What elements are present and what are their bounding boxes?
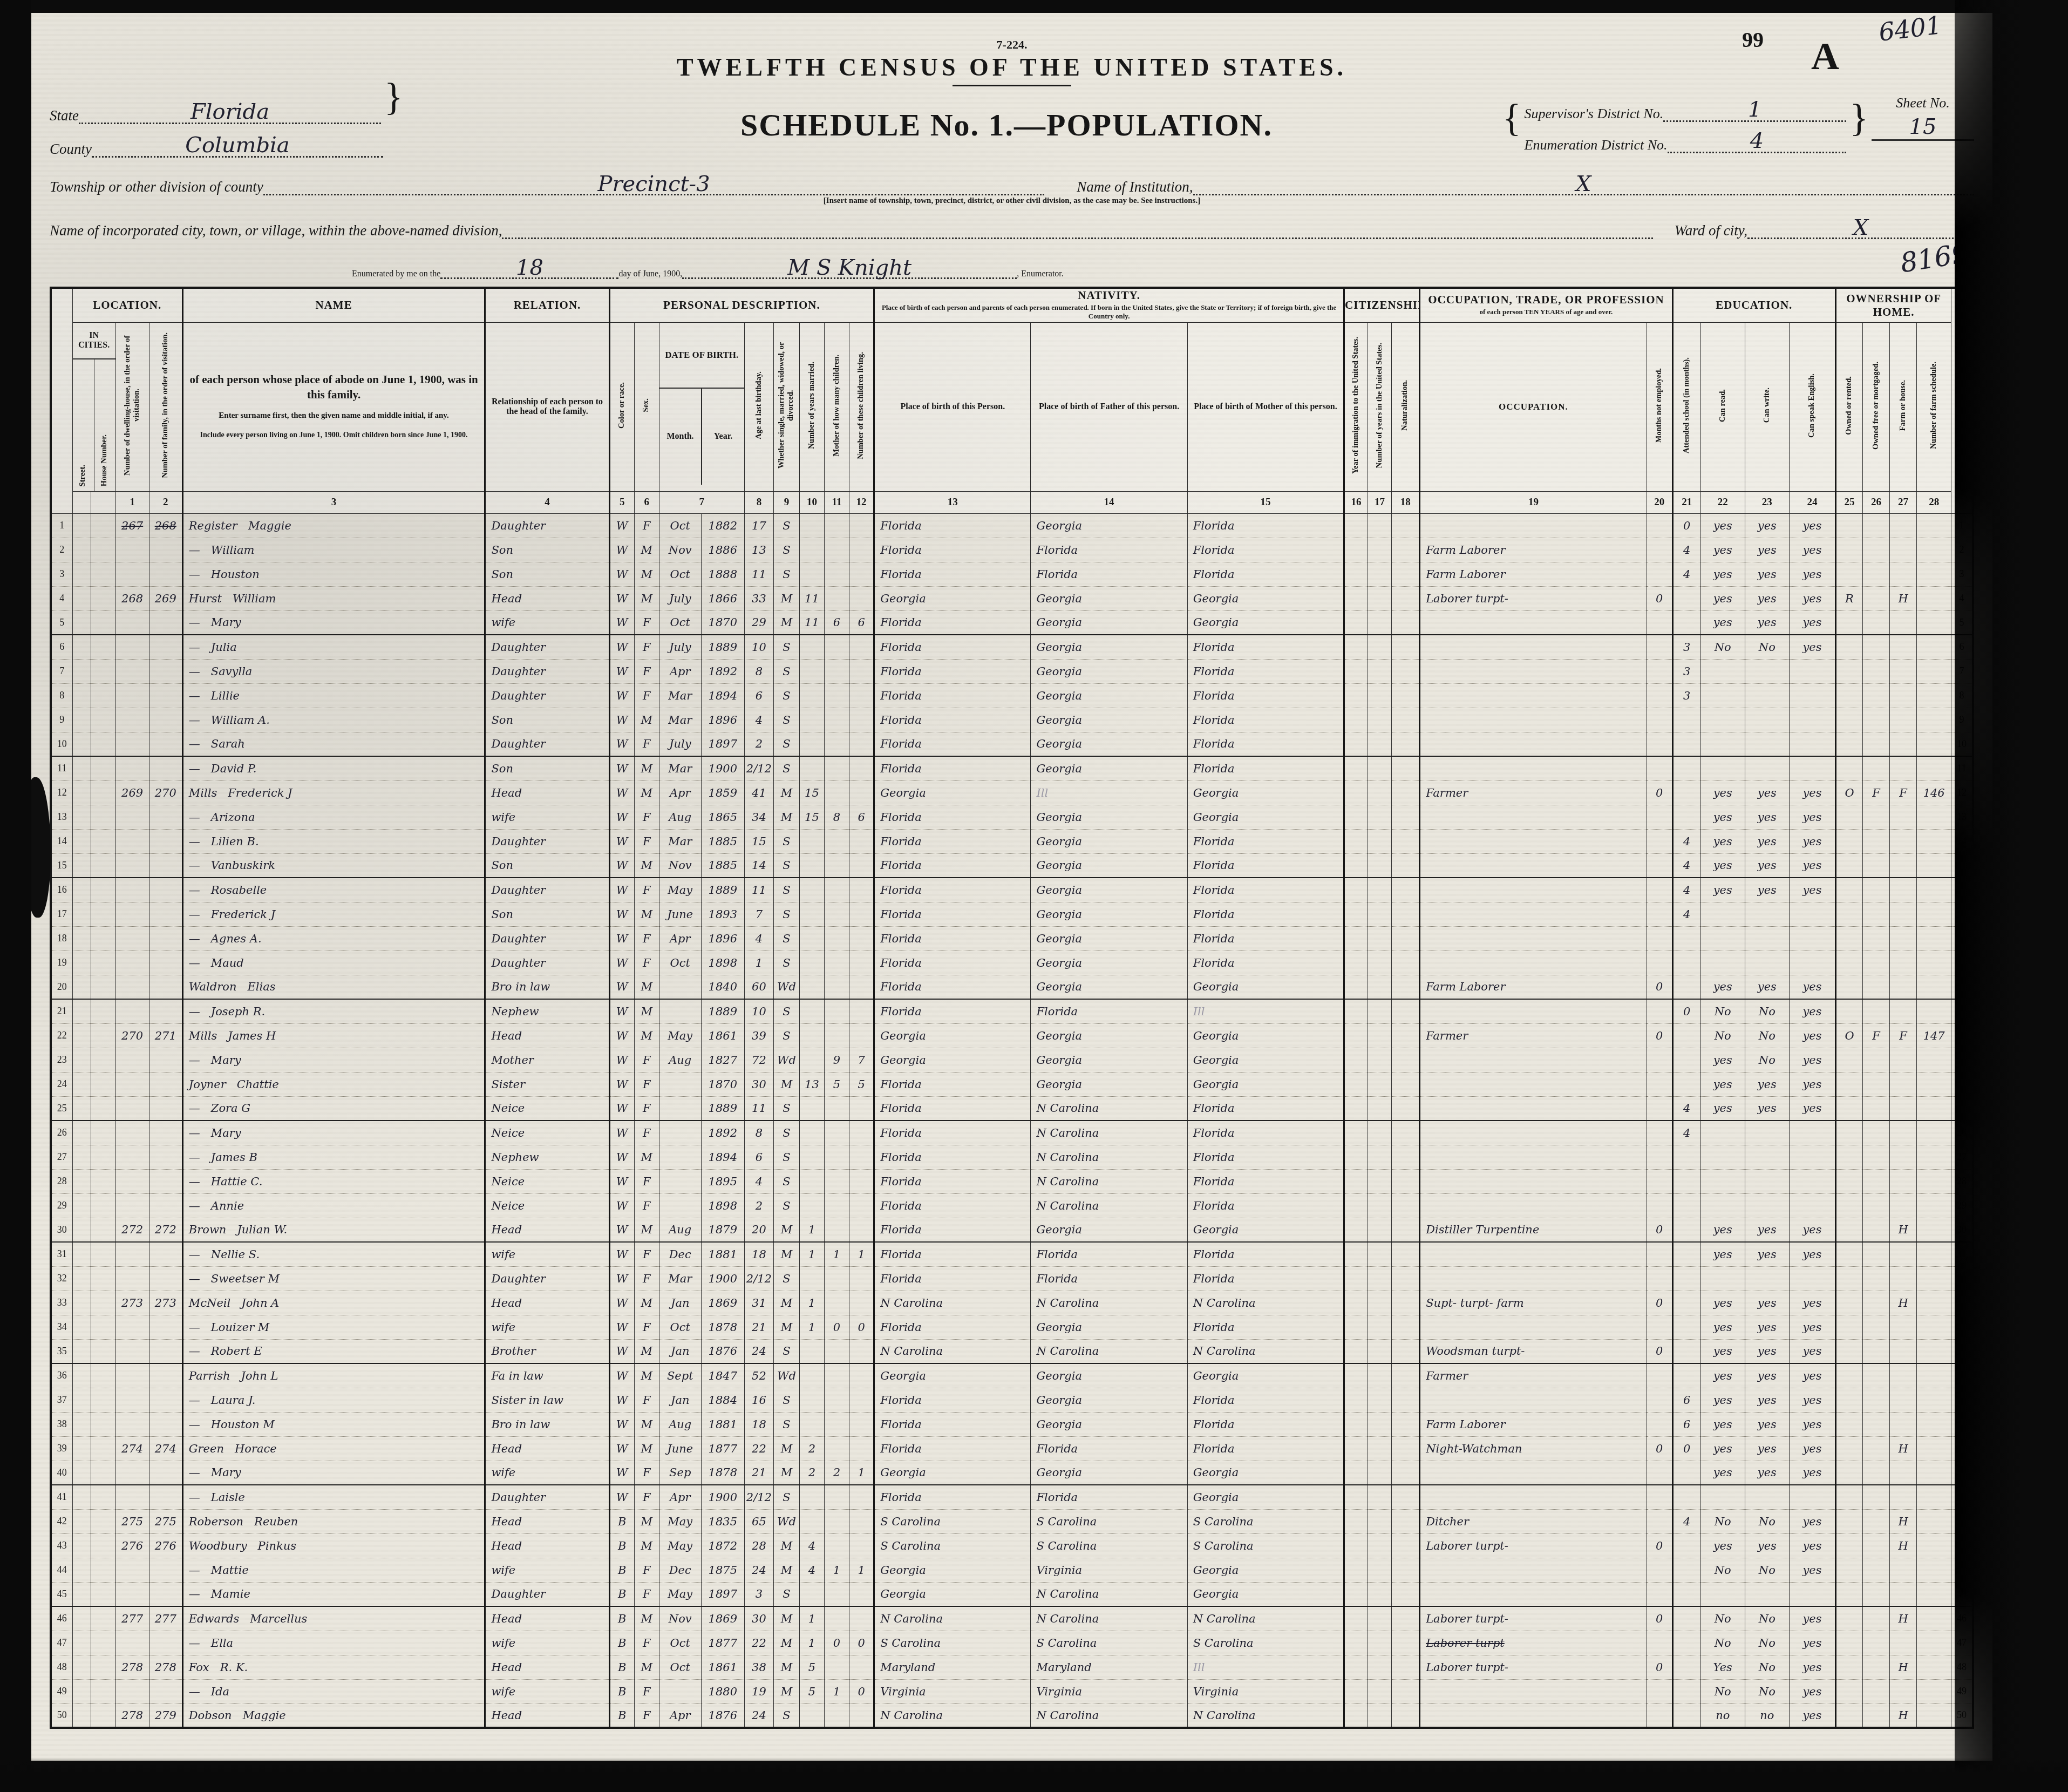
cell-sex: F [634, 1679, 659, 1703]
row-number-left: 32 [51, 1266, 72, 1291]
cell-birth-month: Jan [659, 1388, 701, 1412]
cell-mother-of-children [825, 1436, 849, 1461]
cell-mother-of-children [825, 513, 849, 538]
cell-family-number: 276 [149, 1533, 182, 1558]
county-field: Columbia [92, 137, 383, 158]
row-number-left: 22 [51, 1023, 72, 1048]
cell-years-married: 11 [799, 586, 824, 610]
cell-months-not-employed: 0 [1647, 1655, 1672, 1679]
cell-occupation [1420, 1388, 1647, 1412]
table-row: 42275275Roberson ReubenHeadBMMay183565Wd… [51, 1509, 1973, 1533]
cell-birthplace-father: Georgia [1031, 1072, 1187, 1096]
cell-birth-month [659, 1679, 701, 1703]
cell-years-married [799, 1582, 824, 1606]
cell-attended-school: 3 [1672, 635, 1700, 659]
cell-name: — Sweetser M [182, 1266, 485, 1291]
cell-can-write [1745, 1121, 1789, 1145]
cell-can-write [1745, 1145, 1789, 1169]
cell-family-number: 273 [149, 1291, 182, 1315]
row-number-left: 7 [51, 659, 72, 683]
cell-street [72, 1266, 91, 1291]
cell-months-not-employed [1647, 853, 1672, 878]
cell-marital-status: M [773, 1218, 799, 1242]
cell-occupation [1420, 1461, 1647, 1485]
cell-birth-month: Aug [659, 805, 701, 829]
cell-children-living [849, 659, 874, 683]
cell-attended-school [1672, 1048, 1700, 1072]
cell-children-living [849, 1023, 874, 1048]
cell-birth-year: 1889 [701, 1096, 744, 1121]
cell-sex: M [634, 902, 659, 926]
cell-owned-or-rented: R [1835, 586, 1862, 610]
cell-years-in-us [1368, 780, 1392, 805]
cell-birthplace-mother: Florida [1187, 1121, 1344, 1145]
cell-can-write [1745, 902, 1789, 926]
cell-months-not-employed [1647, 1096, 1672, 1121]
cell-birthplace-father: Georgia [1031, 1048, 1187, 1072]
cell-owned-or-rented [1835, 610, 1862, 635]
enumeration-field: 4 [1668, 132, 1847, 153]
cell-farm-or-house [1890, 659, 1917, 683]
cell-birth-month: Nov [659, 538, 701, 562]
cell-farm-or-house [1890, 1315, 1917, 1339]
cell-marital-status: S [773, 829, 799, 853]
cell-occupation [1420, 1169, 1647, 1193]
cell-birthplace-mother: N Carolina [1187, 1339, 1344, 1363]
cell-birthplace-father: N Carolina [1031, 1169, 1187, 1193]
table-row: 15— VanbuskirkSonWMNov188514SFloridaGeor… [51, 853, 1973, 878]
cell-months-not-employed: 0 [1647, 1606, 1672, 1631]
cell-years-in-us [1368, 1096, 1392, 1121]
cell-years-in-us [1368, 1412, 1392, 1436]
cell-attended-school [1672, 780, 1700, 805]
cell-farm-schedule-number [1917, 1582, 1951, 1606]
cell-birth-year: 1878 [701, 1315, 744, 1339]
cell-birth-month: Mar [659, 1266, 701, 1291]
cell-mother-of-children [825, 1582, 849, 1606]
scan-edge-left [0, 0, 31, 1792]
cell-can-write: No [1745, 1606, 1789, 1631]
table-row: 12269270Mills Frederick JHeadWMApr185941… [51, 780, 1973, 805]
cell-marital-status: M [773, 1436, 799, 1461]
cell-family-number [149, 659, 182, 683]
cell-birth-month: Dec [659, 1558, 701, 1582]
cell-birthplace-mother: Florida [1187, 1193, 1344, 1218]
cell-mother-of-children [825, 659, 849, 683]
page-number: 99 [1742, 27, 1764, 52]
cell-can-read: No [1700, 1023, 1745, 1048]
cell-house-number [91, 1412, 115, 1436]
cell-family-number [149, 562, 182, 586]
cell-years-married: 4 [799, 1533, 824, 1558]
cell-years-married [799, 683, 824, 708]
cell-birth-year: 1896 [701, 708, 744, 732]
cell-can-speak-english: yes [1789, 635, 1835, 659]
cell-family-number [149, 1631, 182, 1655]
cell-years-married: 2 [799, 1436, 824, 1461]
cell-birth-month: Nov [659, 853, 701, 878]
cell-farm-or-house [1890, 805, 1917, 829]
cell-sex: F [634, 1315, 659, 1339]
cell-can-write [1745, 1485, 1789, 1509]
cell-sex: M [634, 756, 659, 780]
dob-month-label: Month. [659, 389, 703, 485]
cell-birth-month: July [659, 586, 701, 610]
cell-can-read: yes [1700, 975, 1745, 999]
cell-relation: Daughter [485, 878, 609, 902]
cell-children-living: 6 [849, 805, 874, 829]
cell-farm-schedule-number [1917, 1266, 1951, 1291]
cell-farm-schedule-number [1917, 586, 1951, 610]
cell-color-race: W [609, 1266, 634, 1291]
cell-marital-status: Wd [773, 975, 799, 999]
nativity-desc: Place of birth of each person and parent… [875, 302, 1343, 322]
cell-sex: M [634, 1533, 659, 1558]
cell-farm-schedule-number [1917, 829, 1951, 853]
census-table: LOCATION. NAME RELATION. PERSONAL DESCRI… [50, 287, 1974, 1729]
cell-birthplace-person: N Carolina [874, 1291, 1031, 1315]
cell-birthplace-father: Georgia [1031, 586, 1187, 610]
cell-can-speak-english: yes [1789, 1631, 1835, 1655]
cell-attended-school [1672, 732, 1700, 756]
cell-birthplace-mother: Florida [1187, 562, 1344, 586]
cell-children-living [849, 878, 874, 902]
cell-dwelling-number [115, 562, 149, 586]
cell-house-number [91, 1558, 115, 1582]
cell-birth-year: 1884 [701, 1388, 744, 1412]
cell-farm-or-house [1890, 926, 1917, 951]
row-number-left: 3 [51, 562, 72, 586]
cell-can-speak-english: yes [1789, 610, 1835, 635]
table-row: 6— JuliaDaughterWFJuly188910SFloridaGeor… [51, 635, 1973, 659]
cell-name: — Zora G [182, 1096, 485, 1121]
cell-owned-or-rented [1835, 1412, 1862, 1436]
cell-mother-of-children [825, 878, 849, 902]
cell-can-read [1700, 756, 1745, 780]
cell-mother-of-children [825, 1096, 849, 1121]
cell-birthplace-mother: Georgia [1187, 1023, 1344, 1048]
cell-age: 6 [744, 1145, 773, 1169]
cell-months-not-employed: 0 [1647, 1436, 1672, 1461]
cell-birthplace-father: Georgia [1031, 635, 1187, 659]
cell-marital-status: S [773, 1339, 799, 1363]
cell-house-number [91, 1096, 115, 1121]
cell-occupation: Farm Laborer [1420, 562, 1647, 586]
cell-months-not-employed [1647, 732, 1672, 756]
cell-owned-or-rented [1835, 732, 1862, 756]
cell-naturalization [1392, 732, 1420, 756]
cell-mother-of-children: 9 [825, 1048, 849, 1072]
cell-occupation [1420, 1266, 1647, 1291]
cell-birth-year: 1865 [701, 805, 744, 829]
cell-sex: F [634, 610, 659, 635]
cell-street [72, 1485, 91, 1509]
cell-can-write [1745, 1193, 1789, 1218]
cell-birthplace-person: Georgia [874, 1461, 1031, 1485]
cell-can-read: No [1700, 1606, 1745, 1631]
cell-family-number [149, 610, 182, 635]
section-occupation: OCCUPATION, TRADE, OR PROFESSION of each… [1420, 288, 1672, 322]
cell-birth-month: May [659, 878, 701, 902]
cell-years-in-us [1368, 683, 1392, 708]
row-number-left: 4 [51, 586, 72, 610]
brace-left: { [1499, 91, 1525, 153]
cell-marital-status: S [773, 926, 799, 951]
cell-dwelling-number [115, 1121, 149, 1145]
cell-birthplace-person: Georgia [874, 586, 1031, 610]
cell-marital-status: M [773, 1315, 799, 1339]
cell-attended-school [1672, 1145, 1700, 1169]
table-row: 28— Hattie C.NeiceWF18954SFloridaN Carol… [51, 1169, 1973, 1193]
cell-can-read [1700, 683, 1745, 708]
cell-can-write [1745, 683, 1789, 708]
cell-street [72, 659, 91, 683]
cell-street [72, 1363, 91, 1388]
cell-can-speak-english [1789, 732, 1835, 756]
cell-house-number [91, 853, 115, 878]
cell-farm-or-house [1890, 1558, 1917, 1582]
cell-attended-school [1672, 1242, 1700, 1266]
section-relation: RELATION. [485, 288, 609, 322]
cell-street [72, 732, 91, 756]
col-years-married: Number of years married. [799, 322, 824, 491]
enumerated-line: Enumerated by me on the 18 day of June, … [50, 239, 1974, 279]
table-row: 40— MarywifeWFSep187821M221GeorgiaGeorgi… [51, 1461, 1973, 1485]
cell-naturalization [1392, 1679, 1420, 1703]
cell-children-living [849, 999, 874, 1023]
cell-farm-schedule-number [1917, 1533, 1951, 1558]
cell-months-not-employed [1647, 926, 1672, 951]
cell-birth-year: 1893 [701, 902, 744, 926]
cell-occupation: Ditcher [1420, 1509, 1647, 1533]
cell-attended-school: 3 [1672, 659, 1700, 683]
cell-street [72, 1242, 91, 1266]
col-sex: Sex. [634, 322, 659, 491]
cell-can-read: yes [1700, 1242, 1745, 1266]
cell-can-write: yes [1745, 780, 1789, 805]
cell-marital-status: S [773, 1145, 799, 1169]
cell-can-read: yes [1700, 1533, 1745, 1558]
cell-years-in-us [1368, 1655, 1392, 1679]
row-number-left: 46 [51, 1606, 72, 1631]
cell-years-in-us [1368, 1582, 1392, 1606]
table-row: 5— MarywifeWFOct187029M1166FloridaGeorgi… [51, 610, 1973, 635]
cell-birth-year: 1900 [701, 1485, 744, 1509]
cell-can-write: yes [1745, 562, 1789, 586]
cell-relation: Neice [485, 1193, 609, 1218]
cell-birthplace-father: N Carolina [1031, 1121, 1187, 1145]
cell-occupation [1420, 610, 1647, 635]
cell-name: — Mary [182, 1461, 485, 1485]
cell-can-write: yes [1745, 610, 1789, 635]
cell-months-not-employed [1647, 1193, 1672, 1218]
cell-naturalization [1392, 1558, 1420, 1582]
cell-birthplace-person: Florida [874, 708, 1031, 732]
cell-owned-free-or-mortgaged [1863, 635, 1890, 659]
cell-dwelling-number [115, 926, 149, 951]
cell-house-number [91, 1533, 115, 1558]
cell-farm-or-house [1890, 1193, 1917, 1218]
cell-mother-of-children: 0 [825, 1631, 849, 1655]
cell-color-race: W [609, 1242, 634, 1266]
cell-birthplace-person: Florida [874, 1412, 1031, 1436]
table-row: 31— Nellie S.wifeWFDec188118M111FloridaF… [51, 1242, 1973, 1266]
cell-age: 30 [744, 1606, 773, 1631]
cell-house-number [91, 683, 115, 708]
cell-naturalization [1392, 513, 1420, 538]
cell-birthplace-father: Florida [1031, 999, 1187, 1023]
cell-can-speak-english: yes [1789, 1315, 1835, 1339]
cell-birthplace-mother: S Carolina [1187, 1631, 1344, 1655]
cell-birth-month: Oct [659, 1655, 701, 1679]
cell-mother-of-children [825, 1218, 849, 1242]
cell-farm-schedule-number [1917, 1485, 1951, 1509]
cell-months-not-employed: 0 [1647, 1533, 1672, 1558]
cell-birth-month: Oct [659, 1315, 701, 1339]
cell-can-read: Yes [1700, 1655, 1745, 1679]
col-can-speak: Can speak English. [1789, 322, 1835, 491]
cell-can-speak-english: yes [1789, 1291, 1835, 1315]
cell-family-number [149, 756, 182, 780]
cell-children-living: 1 [849, 1558, 874, 1582]
cell-mother-of-children [825, 1703, 849, 1728]
cell-marital-status: M [773, 1291, 799, 1315]
cell-years-in-us [1368, 1121, 1392, 1145]
row-number-left: 48 [51, 1655, 72, 1679]
cell-age: 60 [744, 975, 773, 999]
cell-age: 41 [744, 780, 773, 805]
cell-children-living [849, 513, 874, 538]
cell-naturalization [1392, 1169, 1420, 1193]
cell-birthplace-father: Georgia [1031, 756, 1187, 780]
cell-immigration-year [1344, 975, 1368, 999]
cell-immigration-year [1344, 853, 1368, 878]
cell-birthplace-person: Florida [874, 1218, 1031, 1242]
cell-can-read [1700, 659, 1745, 683]
cell-marital-status: S [773, 1169, 799, 1193]
cell-owned-free-or-mortgaged [1863, 1679, 1890, 1703]
cell-immigration-year [1344, 1218, 1368, 1242]
cell-children-living [849, 829, 874, 853]
state-value: Florida [191, 99, 269, 124]
cell-relation: Neice [485, 1096, 609, 1121]
cell-can-speak-english: yes [1789, 1242, 1835, 1266]
cell-farm-or-house [1890, 1485, 1917, 1509]
cell-farm-or-house: H [1890, 586, 1917, 610]
cell-can-write: yes [1745, 829, 1789, 853]
cell-relation: Daughter [485, 951, 609, 975]
col-marital: Whether single, married, widowed, or div… [773, 322, 799, 491]
cell-immigration-year [1344, 1339, 1368, 1363]
cell-house-number [91, 878, 115, 902]
cell-farm-or-house [1890, 1388, 1917, 1412]
cell-farm-or-house [1890, 999, 1917, 1023]
table-row: 23— MaryMotherWFAug182772Wd97GeorgiaGeor… [51, 1048, 1973, 1072]
cell-owned-or-rented [1835, 659, 1862, 683]
cell-relation: Sister in law [485, 1388, 609, 1412]
cell-birth-month [659, 999, 701, 1023]
cell-owned-or-rented [1835, 1703, 1862, 1728]
cell-birthplace-person: Georgia [874, 1023, 1031, 1048]
cell-attended-school [1672, 1461, 1700, 1485]
cell-children-living [849, 708, 874, 732]
col-free-mortgaged: Owned free or mortgaged. [1863, 322, 1890, 491]
cell-marital-status: S [773, 999, 799, 1023]
row-number-left: 28 [51, 1169, 72, 1193]
ward-value: X [1853, 215, 1868, 240]
cell-can-write [1745, 1266, 1789, 1291]
cell-street [72, 562, 91, 586]
cell-occupation [1420, 805, 1647, 829]
cell-sex: M [634, 1339, 659, 1363]
cell-birthplace-mother: Florida [1187, 1169, 1344, 1193]
cell-can-read [1700, 1193, 1745, 1218]
cell-relation: Daughter [485, 1582, 609, 1606]
row-number-left: 49 [51, 1679, 72, 1703]
table-header: LOCATION. NAME RELATION. PERSONAL DESCRI… [51, 288, 1973, 513]
cell-can-write: yes [1745, 853, 1789, 878]
cell-farm-or-house: H [1890, 1436, 1917, 1461]
cell-naturalization [1392, 878, 1420, 902]
cell-birth-year: 1870 [701, 1072, 744, 1096]
cell-immigration-year [1344, 586, 1368, 610]
cell-color-race: W [609, 926, 634, 951]
cell-months-not-employed [1647, 1679, 1672, 1703]
cell-attended-school [1672, 1631, 1700, 1655]
cell-mother-of-children [825, 562, 849, 586]
cell-relation: wife [485, 1461, 609, 1485]
table-row: 25— Zora GNeiceWF188911SFloridaN Carolin… [51, 1096, 1973, 1121]
cell-can-read: No [1700, 635, 1745, 659]
cell-farm-or-house: H [1890, 1509, 1917, 1533]
cell-marital-status: S [773, 635, 799, 659]
cell-mother-of-children [825, 586, 849, 610]
cell-can-speak-english: yes [1789, 1655, 1835, 1679]
cell-years-in-us [1368, 1145, 1392, 1169]
cell-birthplace-person: Georgia [874, 1582, 1031, 1606]
cell-marital-status: S [773, 562, 799, 586]
cell-children-living: 0 [849, 1315, 874, 1339]
cell-dwelling-number [115, 1169, 149, 1193]
cell-years-married [799, 951, 824, 975]
cell-farm-schedule-number [1917, 562, 1951, 586]
cell-farm-schedule-number [1917, 683, 1951, 708]
col-immigration: Year of immigration to the United States… [1344, 322, 1368, 491]
cell-street [72, 708, 91, 732]
cell-farm-or-house [1890, 1048, 1917, 1072]
cell-birth-year: 1861 [701, 1023, 744, 1048]
cell-house-number [91, 1315, 115, 1339]
cell-sex: F [634, 683, 659, 708]
cell-dwelling-number: 269 [115, 780, 149, 805]
row-number-left: 43 [51, 1533, 72, 1558]
cell-farm-or-house [1890, 610, 1917, 635]
cell-years-in-us [1368, 926, 1392, 951]
row-number-left: 2 [51, 538, 72, 562]
cell-birthplace-father: Ill [1031, 780, 1187, 805]
cell-family-number [149, 1485, 182, 1509]
cell-name: — Vanbuskirk [182, 853, 485, 878]
cell-years-in-us [1368, 1363, 1392, 1388]
table-row: 47— EllawifeBFOct187722M100S CarolinaS C… [51, 1631, 1973, 1655]
cell-years-in-us [1368, 1218, 1392, 1242]
row-number-left: 5 [51, 610, 72, 635]
cell-immigration-year [1344, 1461, 1368, 1485]
cell-years-married: 5 [799, 1679, 824, 1703]
cell-farm-schedule-number [1917, 1072, 1951, 1096]
cell-children-living [849, 853, 874, 878]
cell-farm-schedule-number [1917, 1169, 1951, 1193]
